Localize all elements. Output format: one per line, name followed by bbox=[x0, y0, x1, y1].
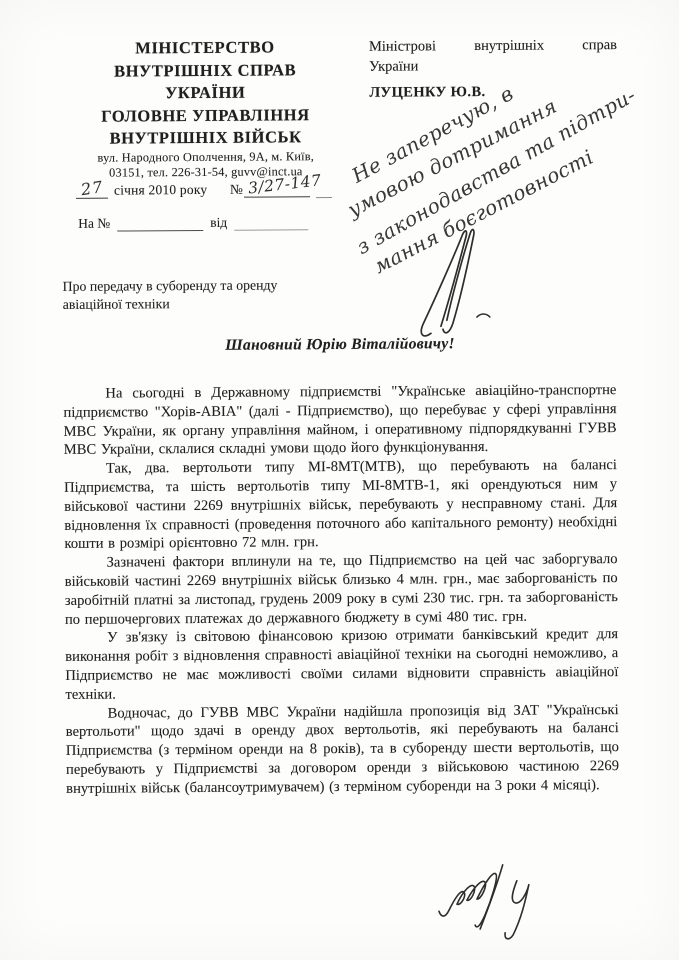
date-number-line: 27 січня 2010 року № 3/27-147 bbox=[78, 181, 338, 209]
handwritten-day: 27 bbox=[80, 177, 105, 199]
subject-block: Про передачу в суборенду та оренду авіац… bbox=[63, 276, 343, 313]
blank-line bbox=[244, 196, 310, 197]
reference-line: На № від bbox=[78, 214, 308, 232]
body-paragraph: На сьогодні в Державному підприємстві "У… bbox=[63, 381, 617, 460]
org-line: УКРАЇНИ bbox=[55, 81, 355, 106]
salutation: Шановний Юрію Віталійовичу! bbox=[64, 334, 616, 356]
blank-line bbox=[76, 198, 108, 199]
org-line: МІНІСТЕРСТВО bbox=[55, 36, 355, 61]
org-line: ГОЛОВНЕ УПРАВЛІННЯ bbox=[55, 103, 355, 128]
subject-line: авіаційної техніки bbox=[63, 293, 343, 312]
body-paragraph: Зазначені фактори вплинули на те, що Під… bbox=[65, 550, 619, 629]
body-paragraph: Водночас, до ГУВВ МВС України надійшла п… bbox=[66, 701, 620, 799]
document-signature bbox=[433, 858, 559, 941]
blank-line bbox=[117, 215, 203, 232]
sender-organisation: МІНІСТЕРСТВО ВНУТРІШНІХ СПРАВ УКРАЇНИ ГО… bbox=[55, 36, 356, 151]
subject-line: Про передачу в суборенду та оренду bbox=[63, 276, 343, 295]
blank-line bbox=[234, 214, 308, 231]
letter-body: На сьогодні в Державному підприємстві "У… bbox=[63, 381, 619, 798]
ref-label: На № bbox=[78, 216, 110, 232]
resolution-signature bbox=[402, 223, 503, 342]
body-paragraph: У зв'язку із світовою фінансовою кризою … bbox=[65, 625, 619, 704]
ref-from-label: від bbox=[210, 215, 227, 231]
body-paragraph: Так, два. вертольоти типу МІ-8МТ(МТВ), щ… bbox=[64, 456, 618, 554]
org-line: ВНУТРІШНІХ ВІЙСЬК bbox=[56, 126, 356, 151]
page-content: МІНІСТЕРСТВО ВНУТРІШНІХ СПРАВ УКРАЇНИ ГО… bbox=[0, 0, 679, 960]
number-sign: № bbox=[230, 182, 243, 198]
address-line: вул. Народного Ополчення, 9А, м. Київ, bbox=[56, 149, 356, 166]
printed-date: січня 2010 року bbox=[114, 182, 207, 199]
scanned-letter-page: МІНІСТЕРСТВО ВНУТРІШНІХ СПРАВ УКРАЇНИ ГО… bbox=[0, 0, 679, 960]
org-line: ВНУТРІШНІХ СПРАВ bbox=[55, 58, 355, 83]
